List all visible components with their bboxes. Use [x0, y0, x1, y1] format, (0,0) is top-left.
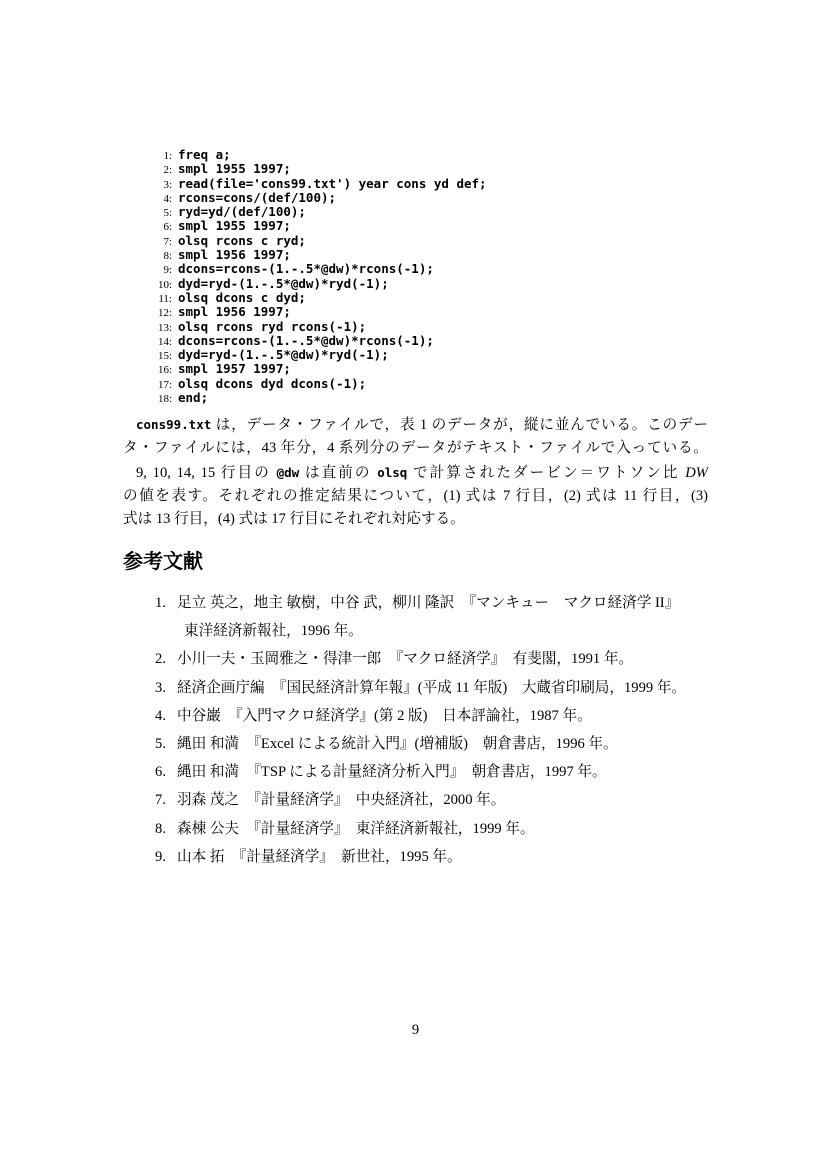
reference-text: 足立 英之，地主 敏樹，中谷 武，柳川 隆訳 『マンキュー マクロ経済学 II』 — [184, 589, 723, 617]
code-text: olsq rcons c ryd; — [178, 233, 306, 248]
reference-item: 2. 小川一夫・玉岡雅之・得津一郎 『マクロ経済学』 有斐閣，1991 年。 — [123, 645, 723, 673]
inline-code-dw: @dw — [277, 465, 300, 480]
line-number: 17: — [124, 379, 172, 391]
reference-item: 4. 中谷巌 『入門マクロ経済学』(第 2 版) 日本評論社，1987 年。 — [123, 702, 723, 730]
math-variable-dw: DW — [685, 465, 708, 481]
code-line: 11:olsq dcons c dyd; — [124, 290, 487, 304]
code-line: 1:freq a; — [124, 147, 487, 161]
line-number: 9: — [124, 264, 172, 276]
reference-text: 経済企画庁編 『国民経済計算年報』(平成 11 年版) 大蔵省印刷局，1999 … — [184, 674, 723, 702]
references-heading: 参考文献 — [123, 549, 203, 575]
line-number: 11: — [124, 293, 172, 305]
reference-number: 1. — [123, 589, 166, 617]
code-text: olsq dcons dyd dcons(-1); — [178, 376, 366, 391]
code-text: dyd=ryd-(1.-.5*@dw)*ryd(-1); — [178, 347, 389, 362]
paragraph1-line2: タ・ファイルには，43 年分，4 系列分のデータがテキスト・ファイルで入っている… — [123, 437, 708, 460]
paragraph-text: で計算されたダービン＝ワトソン比 — [407, 465, 685, 481]
code-line: 16:smpl 1957 1997; — [124, 361, 487, 375]
paragraph-text: 9, 10, 14, 15 行目の — [136, 465, 277, 481]
line-number: 3: — [124, 179, 172, 191]
paragraph2-line3: 式は 13 行目，(4) 式は 17 行目にそれぞれ対応する。 — [123, 508, 708, 531]
line-number: 4: — [124, 193, 172, 205]
reference-text: 山本 拓 『計量経済学』 新世社，1995 年。 — [184, 843, 723, 871]
reference-item: 5. 縄田 和満 『Excel による統計入門』(増補版) 朝倉書店，1996 … — [123, 730, 723, 758]
code-text: smpl 1956 1997; — [178, 247, 291, 262]
code-text: freq a; — [178, 147, 231, 162]
code-listing: 1:freq a; 2:smpl 1955 1997; 3:read(file=… — [124, 147, 487, 404]
paragraph-text: タ・ファイルには，43 年分，4 系列分のデータがテキスト・ファイルで入っている… — [123, 440, 708, 456]
code-text: rcons=cons/(def/100); — [178, 190, 336, 205]
reference-text-continuation: 東洋経済新報社，1996 年。 — [184, 617, 723, 645]
reference-number: 5. — [123, 730, 166, 758]
paragraph-text: は直前の — [299, 465, 377, 481]
paragraph1-line1: cons99.txt は，データ・ファイルで，表 1 のデータが，縦に並んでいる… — [123, 413, 708, 437]
reference-number: 3. — [123, 674, 166, 702]
reference-text: 中谷巌 『入門マクロ経済学』(第 2 版) 日本評論社，1987 年。 — [184, 702, 723, 730]
code-text: smpl 1955 1997; — [178, 218, 291, 233]
reference-item: 8. 森棟 公夫 『計量経済学』 東洋経済新報社，1999 年。 — [123, 815, 723, 843]
code-text: dcons=rcons-(1.-.5*@dw)*rcons(-1); — [178, 333, 434, 348]
code-line: 2:smpl 1955 1997; — [124, 161, 487, 175]
code-line: 3:read(file='cons99.txt') year cons yd d… — [124, 176, 487, 190]
code-line: 18:end; — [124, 390, 487, 404]
line-number: 7: — [124, 236, 172, 248]
code-text: dcons=rcons-(1.-.5*@dw)*rcons(-1); — [178, 261, 434, 276]
reference-text: 縄田 和満 『TSP による計量経済分析入門』 朝倉書店，1997 年。 — [184, 758, 723, 786]
line-number: 5: — [124, 207, 172, 219]
reference-item: 9. 山本 拓 『計量経済学』 新世社，1995 年。 — [123, 843, 723, 871]
reference-number: 6. — [123, 758, 166, 786]
code-text: end; — [178, 390, 208, 405]
line-number: 6: — [124, 221, 172, 233]
code-text: olsq rcons ryd rcons(-1); — [178, 319, 366, 334]
paragraph2-line2: の値を表す。それぞれの推定結果について，(1) 式は 7 行目，(2) 式は 1… — [123, 485, 708, 508]
code-line: 8:smpl 1956 1997; — [124, 247, 487, 261]
line-number: 14: — [124, 336, 172, 348]
page-number: 9 — [123, 1022, 708, 1039]
code-line: 10:dyd=ryd-(1.-.5*@dw)*ryd(-1); — [124, 276, 487, 290]
reference-number: 4. — [123, 702, 166, 730]
code-line: 12:smpl 1956 1997; — [124, 304, 487, 318]
document-page: 1:freq a; 2:smpl 1955 1997; 3:read(file=… — [0, 0, 827, 1170]
line-number: 18: — [124, 393, 172, 405]
line-number: 8: — [124, 250, 172, 262]
line-number: 15: — [124, 350, 172, 362]
reference-item: 7. 羽森 茂之 『計量経済学』 中央経済社，2000 年。 — [123, 786, 723, 814]
code-text: smpl 1957 1997; — [178, 361, 291, 376]
reference-text: 森棟 公夫 『計量経済学』 東洋経済新報社，1999 年。 — [184, 815, 723, 843]
body-paragraphs: cons99.txt は，データ・ファイルで，表 1 のデータが，縦に並んでいる… — [123, 413, 708, 531]
code-text: read(file='cons99.txt') year cons yd def… — [178, 176, 487, 191]
inline-code-filename: cons99.txt — [136, 417, 211, 432]
code-line: 9:dcons=rcons-(1.-.5*@dw)*rcons(-1); — [124, 261, 487, 275]
reference-text: 羽森 茂之 『計量経済学』 中央経済社，2000 年。 — [184, 786, 723, 814]
reference-text: 縄田 和満 『Excel による統計入門』(増補版) 朝倉書店，1996 年。 — [184, 730, 723, 758]
reference-item: 6. 縄田 和満 『TSP による計量経済分析入門』 朝倉書店，1997 年。 — [123, 758, 723, 786]
line-number: 10: — [124, 279, 172, 291]
line-number: 13: — [124, 322, 172, 334]
line-number: 2: — [124, 164, 172, 176]
reference-number: 7. — [123, 786, 166, 814]
code-line: 7:olsq rcons c ryd; — [124, 233, 487, 247]
paragraph-text: 式は 13 行目，(4) 式は 17 行目にそれぞれ対応する。 — [123, 511, 465, 527]
code-line: 13:olsq rcons ryd rcons(-1); — [124, 319, 487, 333]
reference-number: 2. — [123, 645, 166, 673]
code-line: 5:ryd=yd/(def/100); — [124, 204, 487, 218]
paragraph-text: の値を表す。それぞれの推定結果について，(1) 式は 7 行目，(2) 式は 1… — [123, 488, 708, 504]
paragraph2-line1: 9, 10, 14, 15 行目の @dw は直前の olsq で計算されたダー… — [123, 461, 708, 485]
line-number: 1: — [124, 150, 172, 162]
reference-text: 小川一夫・玉岡雅之・得津一郎 『マクロ経済学』 有斐閣，1991 年。 — [184, 645, 723, 673]
code-line: 14:dcons=rcons-(1.-.5*@dw)*rcons(-1); — [124, 333, 487, 347]
code-line: 15:dyd=ryd-(1.-.5*@dw)*ryd(-1); — [124, 347, 487, 361]
line-number: 12: — [124, 307, 172, 319]
reference-list: 1. 足立 英之，地主 敏樹，中谷 武，柳川 隆訳 『マンキュー マクロ経済学 … — [123, 589, 723, 871]
reference-number: 8. — [123, 815, 166, 843]
code-text: ryd=yd/(def/100); — [178, 204, 306, 219]
reference-number: 9. — [123, 843, 166, 871]
line-number: 16: — [124, 364, 172, 376]
code-line: 17:olsq dcons dyd dcons(-1); — [124, 376, 487, 390]
code-line: 4:rcons=cons/(def/100); — [124, 190, 487, 204]
code-text: smpl 1955 1997; — [178, 161, 291, 176]
inline-code-olsq: olsq — [377, 465, 407, 480]
paragraph-text: は，データ・ファイルで，表 1 のデータが，縦に並んでいる。このデー — [211, 417, 708, 433]
reference-item: 3. 経済企画庁編 『国民経済計算年報』(平成 11 年版) 大蔵省印刷局，19… — [123, 674, 723, 702]
reference-item: 1. 足立 英之，地主 敏樹，中谷 武，柳川 隆訳 『マンキュー マクロ経済学 … — [123, 589, 723, 645]
code-line: 6:smpl 1955 1997; — [124, 218, 487, 232]
code-text: smpl 1956 1997; — [178, 304, 291, 319]
code-text: dyd=ryd-(1.-.5*@dw)*ryd(-1); — [178, 276, 389, 291]
code-text: olsq dcons c dyd; — [178, 290, 306, 305]
